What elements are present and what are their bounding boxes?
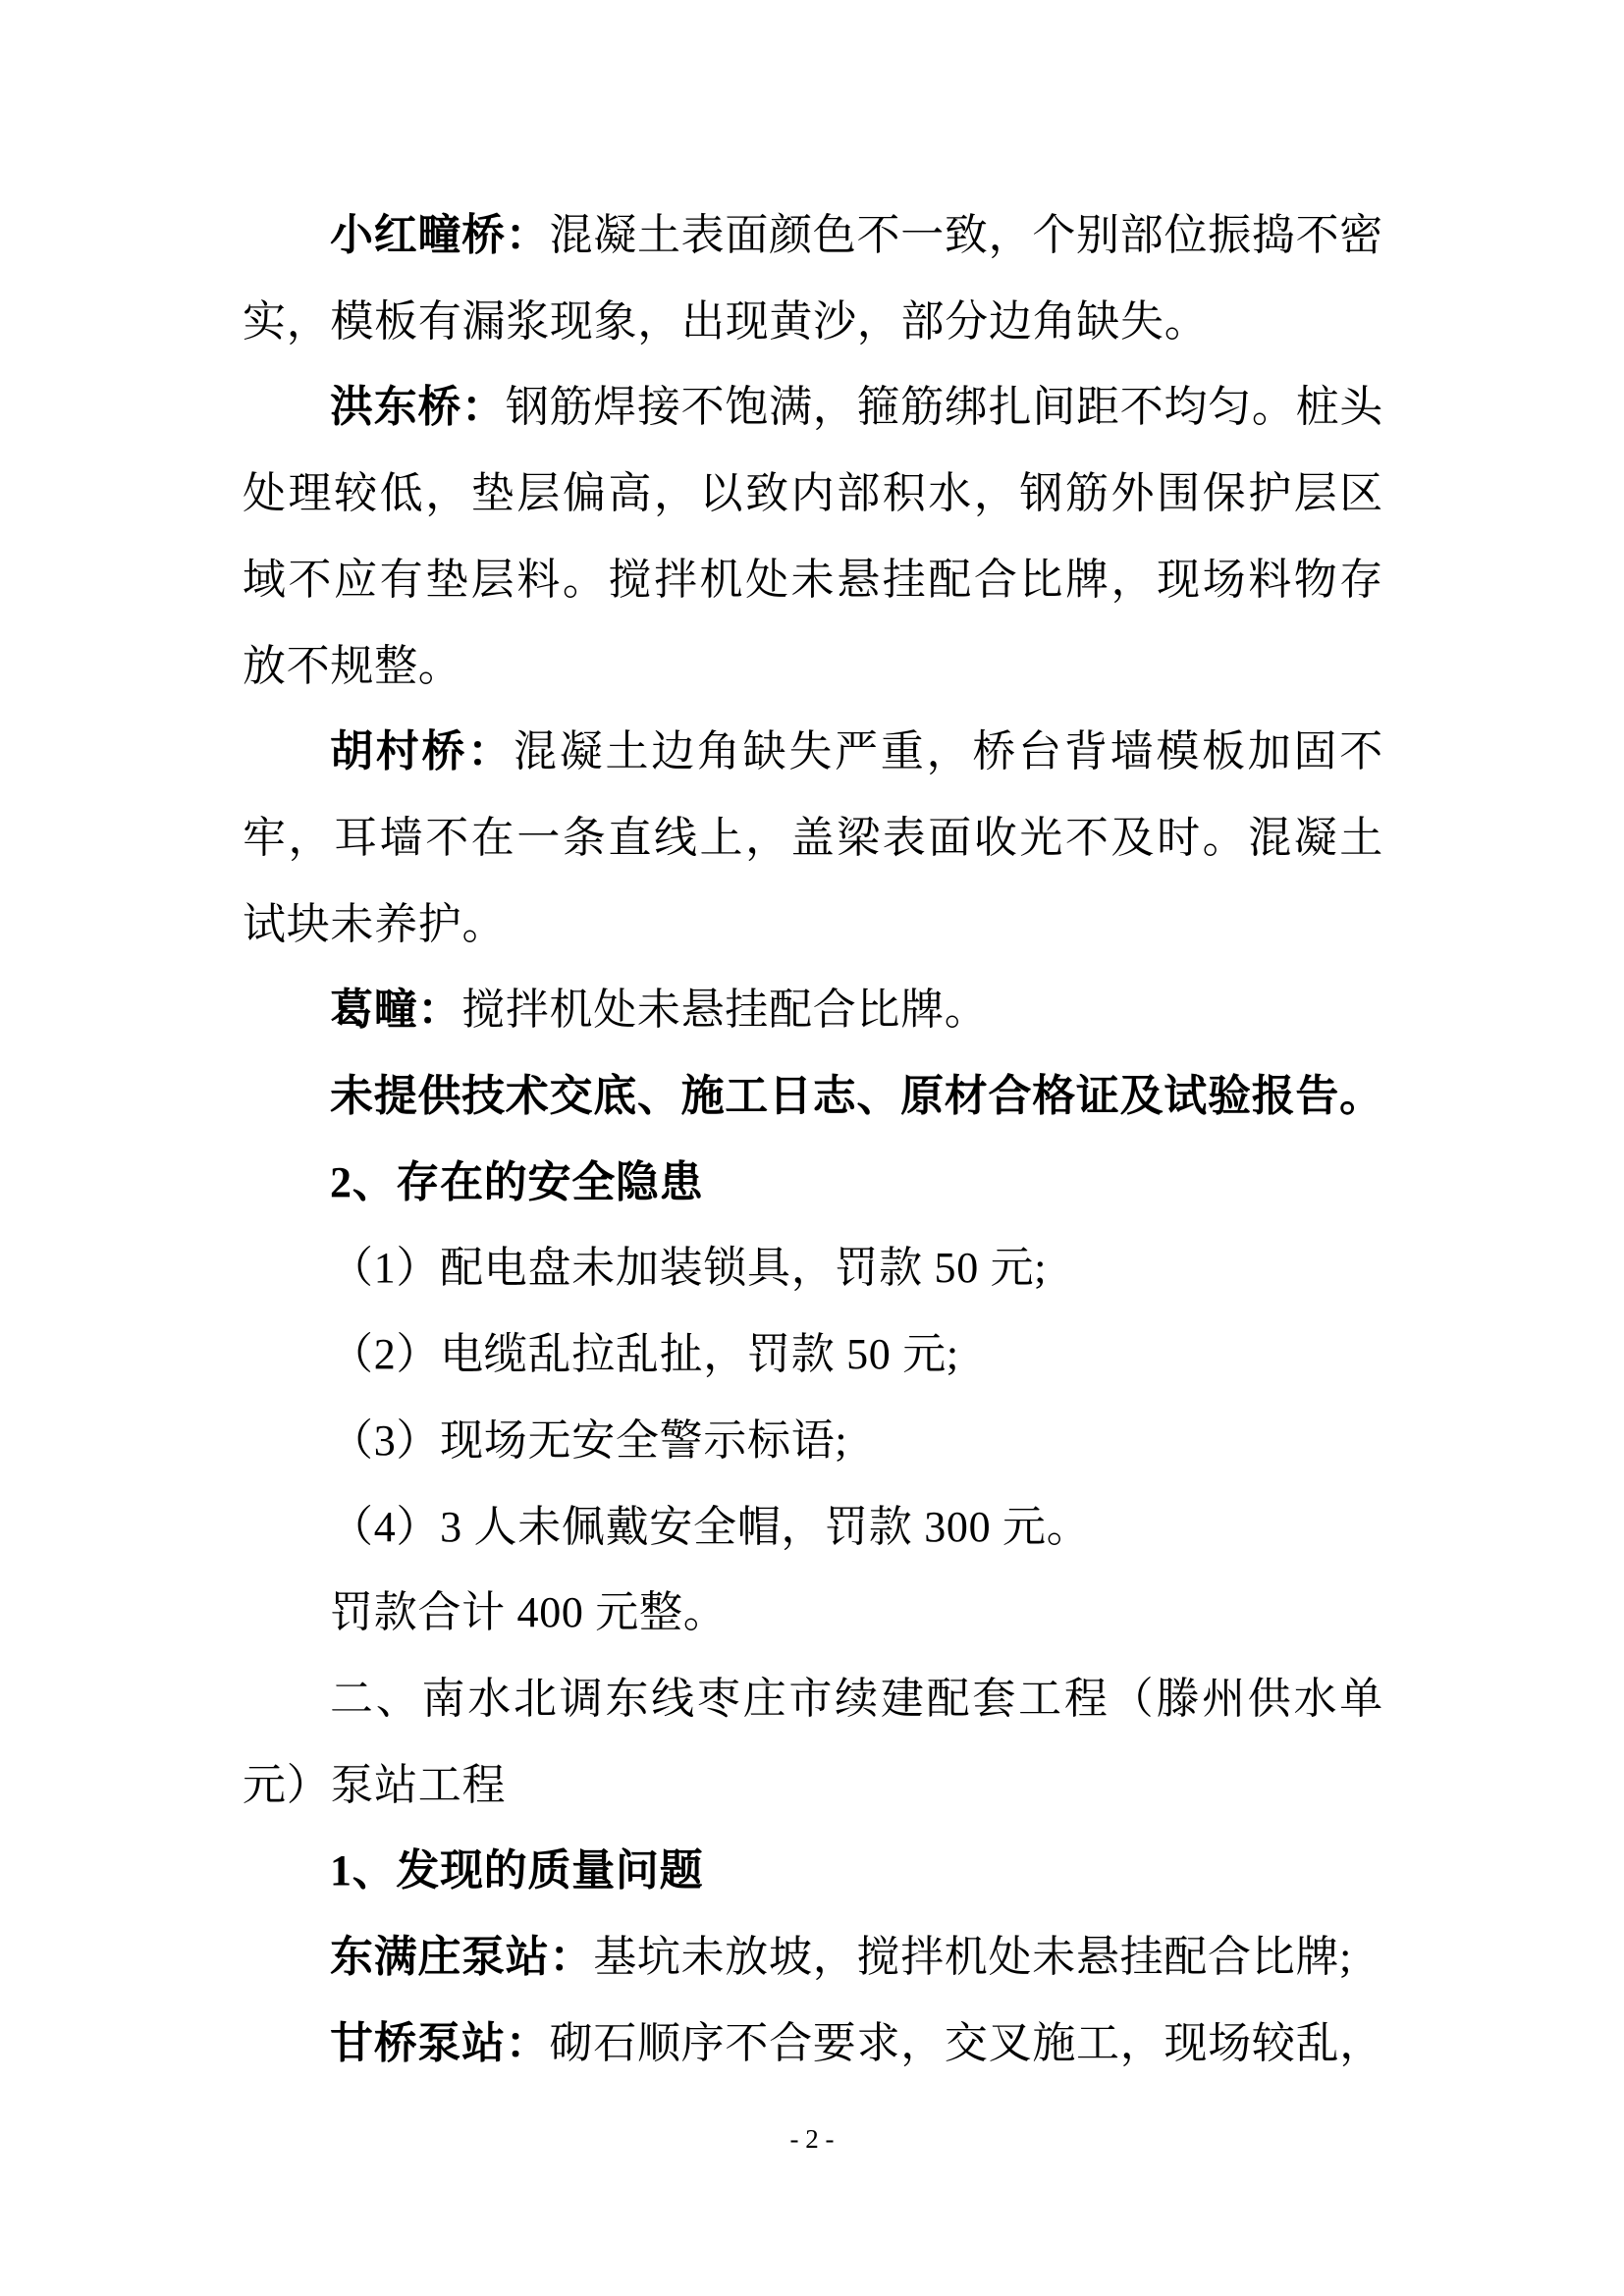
paragraph: 东满庄泵站：基坑未放坡，搅拌机处未悬挂配合比牌; — [243, 1914, 1383, 2001]
paragraph: 2、存在的安全隐患 — [243, 1140, 1383, 1226]
paragraph: （1）配电盘未加装锁具，罚款 50 元; — [243, 1225, 1383, 1311]
document-body: 小红疃桥：混凝土表面颜色不一致，个别部位振捣不密实，模板有漏浆现象，出现黄沙，部… — [243, 192, 1383, 2086]
paragraph: 未提供技术交底、施工日志、原材合格证及试验报告。 — [243, 1053, 1383, 1140]
paragraph: 罚款合计 400 元整。 — [243, 1570, 1383, 1656]
text-run: （3）现场无安全警示标语; — [330, 1416, 847, 1465]
text-run: 基坑未放坡，搅拌机处未悬挂配合比牌; — [593, 1933, 1352, 1981]
bold-run: 1、发现的质量问题 — [330, 1846, 703, 1895]
paragraph: 洪东桥：钢筋焊接不饱满，箍筋绑扎间距不均匀。桩头处理较低，垫层偏高，以致内部积水… — [243, 364, 1383, 709]
paragraph: （3）现场无安全警示标语; — [243, 1398, 1383, 1484]
bold-run: 甘桥泵站： — [330, 2019, 550, 2067]
paragraph: （2）电缆乱拉乱扯，罚款 50 元; — [243, 1311, 1383, 1398]
paragraph: 葛疃：搅拌机处未悬挂配合比牌。 — [243, 967, 1383, 1053]
paragraph: 胡村桥：混凝土边角缺失严重，桥台背墙模板加固不牢，耳墙不在一条直线上，盖梁表面收… — [243, 709, 1383, 967]
text-run: （2）电缆乱拉乱扯，罚款 50 元; — [330, 1330, 959, 1378]
paragraph: 小红疃桥：混凝土表面颜色不一致，个别部位振捣不密实，模板有漏浆现象，出现黄沙，部… — [243, 192, 1383, 364]
bold-run: 未提供技术交底、施工日志、原材合格证及试验报告。 — [330, 1072, 1383, 1120]
text-run: 砌石顺序不合要求，交叉施工，现场较乱， — [550, 2019, 1383, 2067]
bold-run: 2、存在的安全隐患 — [330, 1158, 703, 1206]
text-run: 二、南水北调东线枣庄市续建配套工程（滕州供水单元）泵站工程 — [243, 1675, 1383, 1809]
paragraph: 甘桥泵站：砌石顺序不合要求，交叉施工，现场较乱， — [243, 2001, 1383, 2087]
page-footer: - 2 - — [0, 2122, 1624, 2156]
page-number: - 2 - — [790, 2124, 835, 2154]
page: 小红疃桥：混凝土表面颜色不一致，个别部位振捣不密实，模板有漏浆现象，出现黄沙，部… — [0, 0, 1624, 2296]
bold-run: 小红疃桥： — [330, 211, 550, 259]
paragraph: （4）3 人未佩戴安全帽，罚款 300 元。 — [243, 1484, 1383, 1571]
text-run: 搅拌机处未悬挂配合比牌。 — [461, 986, 988, 1034]
text-run: 罚款合计 400 元整。 — [330, 1588, 727, 1636]
text-run: （1）配电盘未加装锁具，罚款 50 元; — [330, 1244, 1047, 1292]
bold-run: 东满庄泵站： — [330, 1933, 593, 1981]
bold-run: 洪东桥： — [330, 383, 506, 431]
section-heading: 二、南水北调东线枣庄市续建配套工程（滕州供水单元）泵站工程 — [243, 1656, 1383, 1828]
bold-run: 胡村桥： — [330, 727, 514, 775]
text-run: （4）3 人未佩戴安全帽，罚款 300 元。 — [330, 1503, 1090, 1551]
bold-run: 葛疃： — [330, 986, 461, 1034]
paragraph: 1、发现的质量问题 — [243, 1828, 1383, 1914]
